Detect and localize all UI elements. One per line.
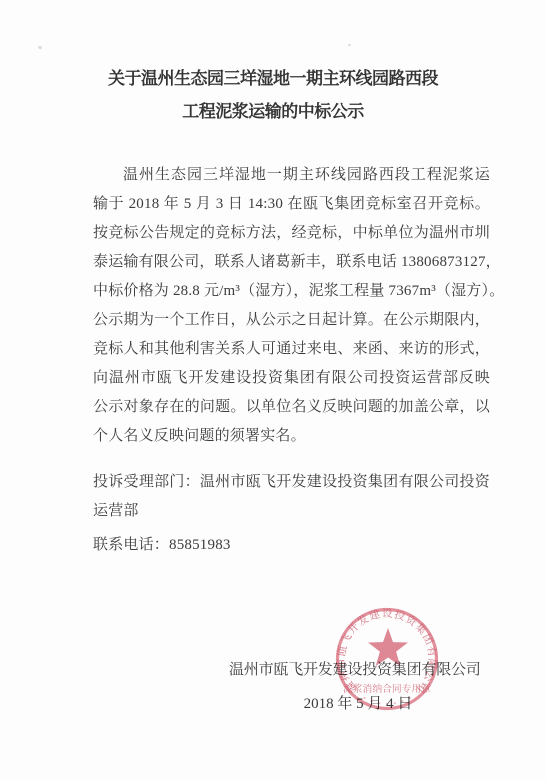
scanned-document-page: 关于温州生态园三垟湿地一期主环线园路西段工程泥浆运输的中标公示 温州生态园三垟湿… [0, 0, 546, 780]
document-title: 关于温州生态园三垟湿地一期主环线园路西段工程泥浆运输的中标公示 [0, 62, 546, 128]
complaint-text-line: 投诉受理部门：温州市瓯飞开发建设投资集团有限公司投资 [93, 468, 490, 497]
complaint-text-line: 运营部 [93, 497, 490, 526]
title-line: 关于温州生态园三垟湿地一期主环线园路西段 [0, 62, 546, 95]
signature-company-name: 温州市瓯飞开发建设投资集团有限公司 [229, 656, 487, 685]
scan-artifact [38, 45, 43, 50]
body-text-line: 向温州市瓯飞开发建设投资集团有限公司投资运营部反映 [93, 364, 490, 393]
body-text-line: 个人名义反映问题的须署实名。 [93, 422, 490, 451]
title-line: 工程泥浆运输的中标公示 [0, 95, 546, 128]
scan-artifact [348, 44, 351, 46]
body-text-line: 公示期为一个工作日，从公示之日起计算。在公示期限内， [93, 306, 490, 335]
body-text-line: 公示对象存在的问题。以单位名义反映问题的加盖公章，以 [93, 393, 490, 422]
body-text-line: 按竞标公告规定的竞标方法，经竞标，中标单位为温州市圳 [93, 219, 490, 248]
body-text-line: 温州生态园三垟湿地一期主环线园路西段工程泥浆运 [93, 161, 490, 190]
complaint-department-paragraph: 投诉受理部门：温州市瓯飞开发建设投资集团有限公司投资运营部 [93, 468, 490, 526]
body-text-line: 中标价格为 28.8 元/m³（湿方），泥浆工程量 7367m³（湿方）。 [93, 277, 490, 306]
body-paragraph: 温州生态园三垟湿地一期主环线园路西段工程泥浆运输于 2018 年 5 月 3 日… [93, 161, 490, 451]
signature-date: 2018 年 5 月 4 日 [229, 690, 487, 719]
body-text-line: 泰运输有限公司，联系人诸葛新丰，联系电话 13806873127， [93, 248, 490, 277]
contact-phone-line: 联系电话：85851983 [93, 531, 490, 560]
body-text-line: 竞标人和其他利害关系人可通过来电、来函、来访的形式， [93, 335, 490, 364]
body-text-line: 输于 2018 年 5 月 3 日 14:30 在瓯飞集团竞标室召开竞标。 [93, 190, 490, 219]
